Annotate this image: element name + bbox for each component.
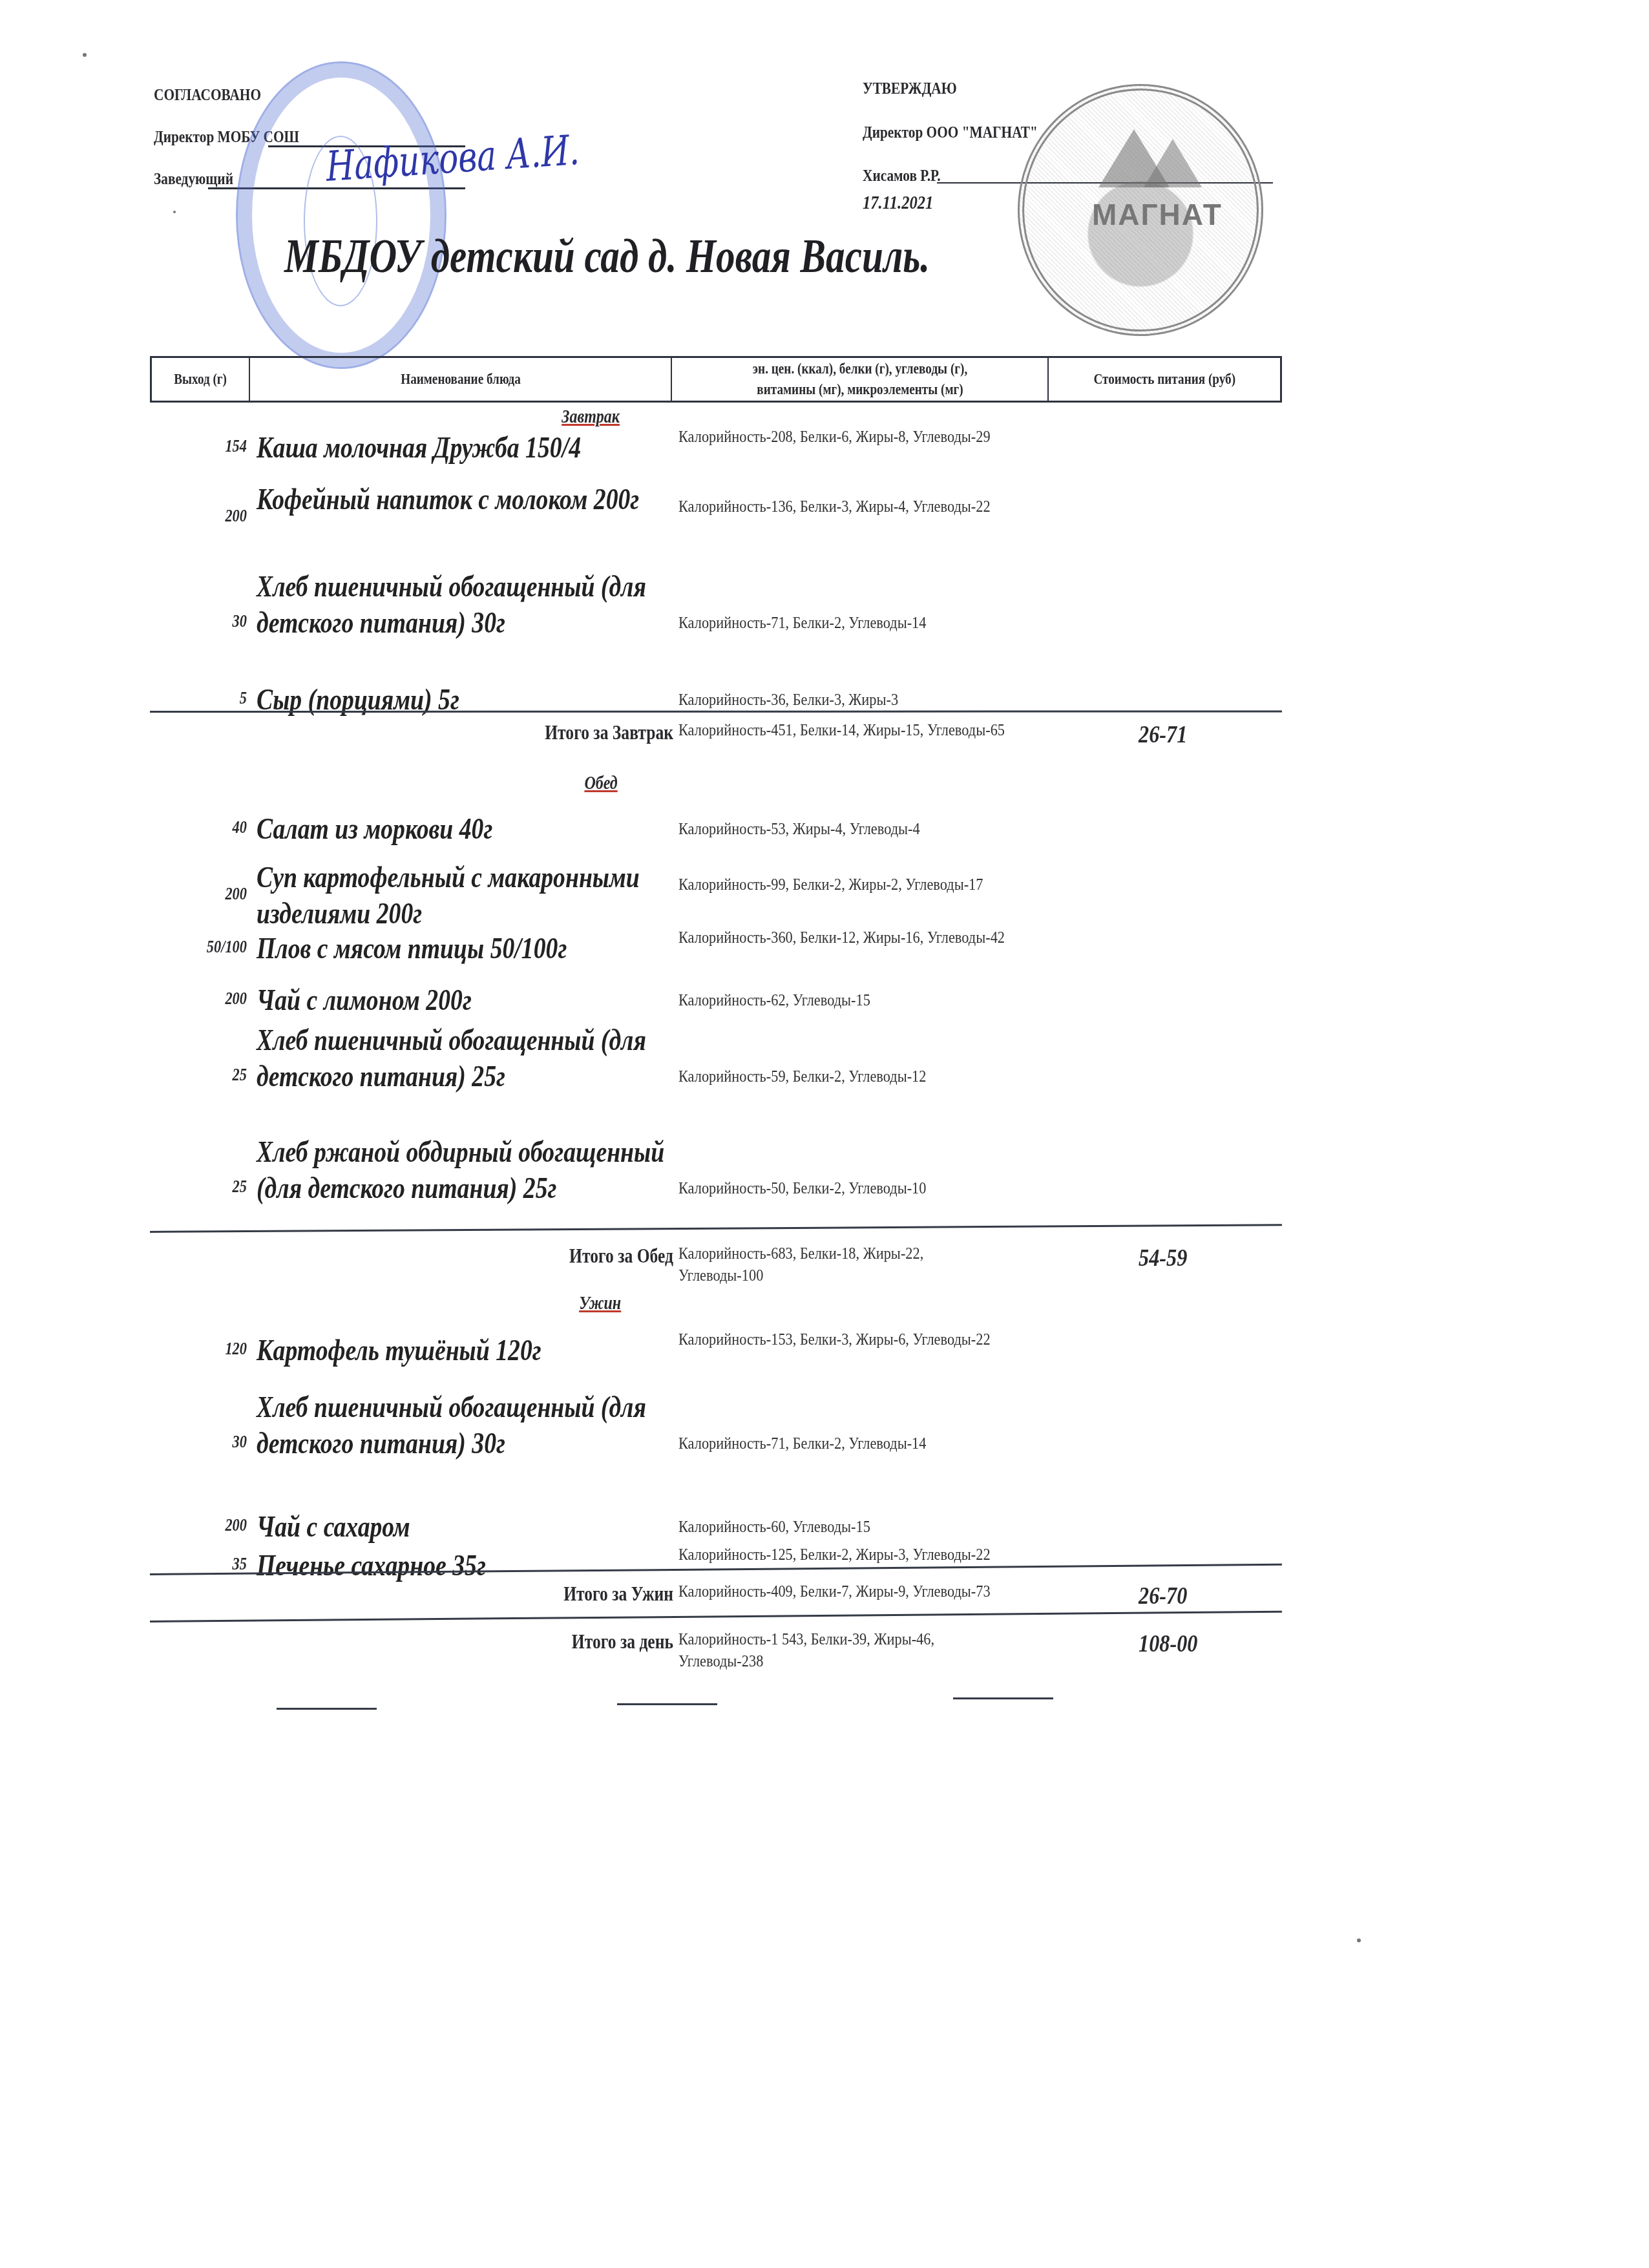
dish-name-text: Картофель тушёный 120г xyxy=(257,1332,670,1369)
blank-signature-line xyxy=(617,1703,717,1705)
dish-name-text: Хлеб ржаной обдирный обогащенный (для де… xyxy=(257,1134,670,1206)
stamp-logo-text: МАГНАТ xyxy=(1092,197,1223,232)
meal-total-row: Итого за ОбедКалорийность-683, Белки-18,… xyxy=(150,1244,1282,1289)
meal-total-nutrition: Калорийность-409, Белки-7, Жиры-9, Углев… xyxy=(678,1580,1006,1602)
dish-name: Каша молочная Дружба 150/4 xyxy=(257,430,596,466)
dish-nutrition: Калорийность-53, Жиры-4, Углеводы-4 xyxy=(678,818,1006,840)
table-row: 30Хлеб пшеничный обогащенный (для детско… xyxy=(150,1389,1282,1467)
approval-right-heading: УТВЕРЖДАЮ xyxy=(863,79,957,98)
blank-signature-line xyxy=(953,1697,1053,1699)
dish-yield: 35 xyxy=(169,1554,247,1575)
dish-name-text: Хлеб пшеничный обогащенный (для детского… xyxy=(257,569,670,641)
column-header-nutrition: эн. цен. (ккал), белки (г), углеводы (г)… xyxy=(672,358,1049,401)
dish-nutrition: Калорийность-153, Белки-3, Жиры-6, Углев… xyxy=(678,1328,1006,1350)
dish-yield: 25 xyxy=(169,1065,247,1086)
scan-speck xyxy=(83,53,87,57)
table-row: 200Суп картофельный с макаронными издели… xyxy=(150,859,1282,937)
blank-signature-line xyxy=(277,1708,377,1710)
meal-title: Ужин xyxy=(579,1292,621,1314)
dish-yield: 200 xyxy=(169,506,247,527)
dish-yield: 200 xyxy=(169,884,247,905)
meal-total-label: Итого за Ужин xyxy=(255,1582,673,1606)
meal-total-cost: 54-59 xyxy=(1139,1244,1187,1272)
dish-name-text: Кофейный напиток с молоком 200г xyxy=(257,481,670,518)
dish-name: Хлеб пшеничный обогащенный (для детского… xyxy=(257,569,596,641)
dish-name: Хлеб пшеничный обогащенный (для детского… xyxy=(257,1389,596,1462)
dish-nutrition: Калорийность-36, Белки-3, Жиры-3 xyxy=(678,689,1006,711)
meal-total-label: Итого за Завтрак xyxy=(255,720,673,744)
dish-name: Чай с сахаром xyxy=(257,1509,596,1545)
dish-name: Кофейный напиток с молоком 200г xyxy=(257,481,596,518)
meal-total-cost: 26-71 xyxy=(1139,720,1187,749)
meal-total-nutrition: Калорийность-683, Белки-18, Жиры-22, Угл… xyxy=(678,1243,1006,1286)
approval-left-heading: СОГЛАСОВАНО xyxy=(154,85,261,105)
stamp-mountain-icon xyxy=(1144,139,1202,187)
dish-name: Суп картофельный с макаронными изделиями… xyxy=(257,859,596,932)
dish-name-text: Хлеб пшеничный обогащенный (для детского… xyxy=(257,1389,670,1462)
approval-date: 17.11.2021 xyxy=(863,192,933,214)
dish-yield: 200 xyxy=(169,1515,247,1536)
dish-name-text: Печенье сахарное 35г xyxy=(257,1548,670,1584)
dish-name-text: Каша молочная Дружба 150/4 xyxy=(257,430,670,466)
dish-nutrition: Калорийность-59, Белки-2, Углеводы-12 xyxy=(678,1066,1006,1087)
dish-yield: 50/100 xyxy=(169,937,247,958)
meal-total-cost: 26-70 xyxy=(1139,1582,1187,1610)
meal-total-label: Итого за Обед xyxy=(255,1244,673,1268)
dish-name-text: Суп картофельный с макаронными изделиями… xyxy=(257,859,670,932)
scan-speck xyxy=(1357,1938,1361,1942)
dish-nutrition: Калорийность-360, Белки-12, Жиры-16, Угл… xyxy=(678,927,1006,949)
dish-nutrition: Калорийность-50, Белки-2, Углеводы-10 xyxy=(678,1177,1006,1199)
day-total-row: Итого за деньКалорийность-1 543, Белки-3… xyxy=(150,1630,1282,1675)
day-total-cost: 108-00 xyxy=(1139,1630,1198,1658)
dish-yield: 200 xyxy=(169,989,247,1009)
approval-right-position: Директор ООО "МАГНАТ" xyxy=(863,123,1038,142)
dish-yield: 154 xyxy=(169,436,247,457)
meal-total-row: Итого за ЗавтракКалорийность-451, Белки-… xyxy=(150,720,1282,766)
column-header-cost: Стоимость питания (руб) xyxy=(1049,358,1280,401)
approval-right-name: Хисамов Р.Р. xyxy=(863,166,941,185)
meal-title: Обед xyxy=(584,772,617,794)
dish-name-text: Чай с лимоном 200г xyxy=(257,982,670,1018)
dish-name: Печенье сахарное 35г xyxy=(257,1548,596,1584)
dish-name: Картофель тушёный 120г xyxy=(257,1332,596,1369)
dish-nutrition: Калорийность-71, Белки-2, Углеводы-14 xyxy=(678,612,1006,634)
dish-nutrition: Калорийность-60, Углеводы-15 xyxy=(678,1516,1006,1538)
table-row: 25Хлеб пшеничный обогащенный (для детско… xyxy=(150,1022,1282,1100)
day-total-nutrition: Калорийность-1 543, Белки-39, Жиры-46, У… xyxy=(678,1628,1006,1672)
column-header-dish: Наименование блюда xyxy=(250,358,672,401)
meal-title: Завтрак xyxy=(562,406,620,428)
meal-total-nutrition: Калорийность-451, Белки-14, Жиры-15, Угл… xyxy=(678,719,1006,741)
dish-name-text: Плов с мясом птицы 50/100г xyxy=(257,930,670,967)
approval-left-role: Заведующий xyxy=(154,169,233,189)
dish-name-text: Хлеб пшеничный обогащенный (для детского… xyxy=(257,1022,670,1095)
dish-yield: 40 xyxy=(169,817,247,838)
dish-yield: 30 xyxy=(169,611,247,632)
section-divider xyxy=(150,1224,1282,1233)
dish-name-text: Чай с сахаром xyxy=(257,1509,670,1545)
table-row: 25Хлеб ржаной обдирный обогащенный (для … xyxy=(150,1134,1282,1212)
dish-yield: 30 xyxy=(169,1432,247,1453)
day-total-label: Итого за день xyxy=(255,1630,673,1654)
dish-name-text: Салат из моркови 40г xyxy=(257,811,670,847)
dish-nutrition: Калорийность-99, Белки-2, Жиры-2, Углево… xyxy=(678,874,1006,896)
table-header: Выход (г) Наименование блюда эн. цен. (к… xyxy=(150,356,1282,403)
dish-nutrition: Калорийность-62, Углеводы-15 xyxy=(678,989,1006,1011)
dish-name: Хлеб пшеничный обогащенный (для детского… xyxy=(257,1022,596,1095)
dish-name: Плов с мясом птицы 50/100г xyxy=(257,930,596,967)
dish-yield: 120 xyxy=(169,1339,247,1360)
dish-nutrition: Калорийность-136, Белки-3, Жиры-4, Углев… xyxy=(678,496,1006,518)
scan-speck xyxy=(173,211,176,213)
table-row: 30Хлеб пшеничный обогащенный (для детско… xyxy=(150,569,1282,646)
page-title: МБДОУ детский сад д. Новая Василь. xyxy=(284,229,930,284)
dish-name: Хлеб ржаной обдирный обогащенный (для де… xyxy=(257,1134,596,1206)
dish-nutrition: Калорийность-71, Белки-2, Углеводы-14 xyxy=(678,1433,1006,1454)
dish-yield: 25 xyxy=(169,1177,247,1197)
dish-name: Чай с лимоном 200г xyxy=(257,982,596,1018)
column-header-yield: Выход (г) xyxy=(152,358,250,401)
table-row: 200Кофейный напиток с молоком 200гКалори… xyxy=(150,481,1282,559)
dish-nutrition: Калорийность-208, Белки-6, Жиры-8, Углев… xyxy=(678,426,1006,448)
dish-nutrition: Калорийность-125, Белки-2, Жиры-3, Углев… xyxy=(678,1544,1006,1566)
dish-yield: 5 xyxy=(169,688,247,709)
section-divider xyxy=(150,710,1282,713)
dish-name: Салат из моркови 40г xyxy=(257,811,596,847)
